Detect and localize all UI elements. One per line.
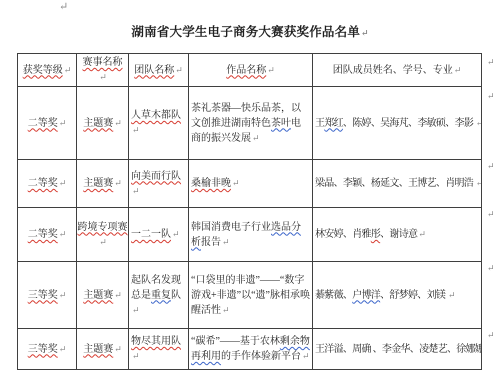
cell-text: 桑榆非晚 xyxy=(191,178,231,189)
cell-text: 彤 xyxy=(371,229,380,240)
cell-text: 的手作体验新平台 xyxy=(221,351,301,362)
end-of-cell-mark: ↵ xyxy=(448,290,456,300)
cell-text: 二等奖 xyxy=(28,118,58,129)
end-of-cell-mark: ↵ xyxy=(132,305,140,315)
end-of-cell-mark: ↵ xyxy=(476,178,482,188)
cell-text: 韩国消费电子行业 xyxy=(191,222,271,233)
end-of-cell-mark: ↵ xyxy=(64,65,72,75)
cell-work: 茶礼茶器—快乐品茶，以文创推进湖南特色茶叶电商的振兴发展↵ xyxy=(189,87,313,160)
end-of-cell-mark: ↵ xyxy=(418,229,426,239)
table-row: 三等奖↵主题赛↵物尽其用队↵“碳希”——基于农林剩余物再利用的手作体验新平台↵王… xyxy=(18,329,482,370)
end-of-cell-mark: ↵ xyxy=(99,72,107,82)
table-row: 二等奖↵跨境专项赛↵一二一队↵韩国消费电子行业选品分析报告↵林安婷、肖雅彤、谢诗… xyxy=(18,208,482,262)
cell-event: 主题赛↵ xyxy=(77,262,129,329)
end-of-row-mark: ↵ xyxy=(487,91,495,102)
end-of-cell-mark: ↵ xyxy=(114,344,122,354)
cell-text: 一二一队 xyxy=(131,229,171,240)
cell-text: 梁晶、李颖、杨延文、王博艺、肖明浩 xyxy=(315,178,475,189)
cell-text: 获奖等级 xyxy=(23,65,63,76)
cell-text: 作品名称 xyxy=(226,65,266,76)
cell-team: 向美而行队↵ xyxy=(129,160,189,208)
cell-text: “口袋里的非遗”——“数字游戏+非遗”以“遗”脉相承唤醒活性 xyxy=(191,275,310,316)
column-header: 作品名称↵ xyxy=(189,54,313,87)
cell-team: 一二一队↵ xyxy=(129,208,189,262)
end-of-cell-mark: ↵ xyxy=(172,229,180,239)
end-of-cell-mark: ↵ xyxy=(59,118,67,128)
cell-text: 重复 xyxy=(151,290,171,301)
end-of-cell-mark: ↵ xyxy=(476,118,482,128)
awards-table: 获奖等级↵赛事名称↵团队名称↵作品名称↵团队成员姓名、学号、专业↵ 二等奖↵主题… xyxy=(17,53,482,370)
end-of-cell-mark: ↵ xyxy=(302,351,310,361)
page-title-text: 湖南省大学生电子商务大赛获奖作品名单 xyxy=(131,25,360,39)
cell-text: 王 xyxy=(315,118,324,129)
end-of-cell-mark: ↵ xyxy=(114,118,122,128)
document-page: ↵ 湖南省大学生电子商务大赛获奖作品名单↵ 获奖等级↵赛事名称↵团队名称↵作品名… xyxy=(0,0,500,375)
cell-members: 梁晶、李颖、杨延文、王博艺、肖明浩 ↵ xyxy=(313,160,482,208)
cell-text: 郑红 xyxy=(324,118,343,129)
end-of-row-mark: ↵ xyxy=(487,330,495,341)
column-header: 赛事名称↵ xyxy=(77,54,129,87)
title-end-mark: ↵ xyxy=(361,28,369,38)
cell-members: 林安婷、肖雅彤、谢诗意↵ xyxy=(313,208,482,262)
cell-text: 三等奖 xyxy=(28,290,58,301)
paragraph-mark: ↵ xyxy=(59,0,68,13)
header-row: 获奖等级↵赛事名称↵团队名称↵作品名称↵团队成员姓名、学号、专业↵ xyxy=(18,54,482,87)
cell-event: 跨境专项赛↵ xyxy=(77,208,129,262)
end-of-cell-mark: ↵ xyxy=(222,305,230,315)
cell-text: 、陈婷、吴海芃、李敏硕、李影 xyxy=(343,118,475,129)
cell-text: 赛事名称 xyxy=(83,57,123,68)
cell-text: 主题赛 xyxy=(83,344,113,355)
cell-award: 三等奖↵ xyxy=(18,329,77,370)
end-of-row-mark: ↵ xyxy=(487,161,495,172)
cell-work: 桑榆非晚↵ xyxy=(189,160,313,208)
cell-event: 主题赛↵ xyxy=(77,160,129,208)
end-of-cell-mark: ↵ xyxy=(99,237,107,247)
cell-text: 团队成员姓名、学号、专业 xyxy=(333,65,453,76)
end-of-row-mark: ↵ xyxy=(487,57,495,68)
cell-text: 、舒梦婷、刘镁 xyxy=(380,290,447,301)
table-row: 二等奖↵主题赛↵人草木都队↵茶礼茶器—快乐品茶，以文创推进湖南特色茶叶电商的振兴… xyxy=(18,87,482,160)
cell-award: 三等奖↵ xyxy=(18,262,77,329)
cell-award: 二等奖↵ xyxy=(18,160,77,208)
cell-team: 起队名发现总是重复队↵ xyxy=(129,262,189,329)
end-of-cell-mark: ↵ xyxy=(132,351,140,361)
cell-text: 綦紫薇、 xyxy=(315,290,352,301)
cell-text: 二等奖 xyxy=(28,178,58,189)
end-of-cell-mark: ↵ xyxy=(59,178,67,188)
cell-text: 三等奖 xyxy=(28,344,58,355)
end-of-cell-mark: ↵ xyxy=(132,125,140,135)
cell-text: 、谢诗意 xyxy=(380,229,417,240)
end-of-row-mark: ↵ xyxy=(487,209,495,220)
end-of-cell-mark: ↵ xyxy=(59,344,67,354)
cell-team: 人草木都队↵ xyxy=(129,87,189,160)
cell-text: 林安婷、肖雅 xyxy=(315,229,371,240)
cell-text: 跨境专项赛 xyxy=(78,222,128,233)
cell-members: 王郑红、陈婷、吴海芃、李敏硕、李影 ↵ xyxy=(313,87,482,160)
table-row: 二等奖↵主题赛↵向美而行队↵桑榆非晚↵梁晶、李颖、杨延文、王博艺、肖明浩 ↵ xyxy=(18,160,482,208)
column-header: 获奖等级↵ xyxy=(18,54,77,87)
cell-event: 主题赛↵ xyxy=(77,87,129,160)
cell-text: 报告 xyxy=(201,237,221,248)
cell-text: 户博洋 xyxy=(352,290,380,301)
end-of-cell-mark: ↵ xyxy=(114,290,122,300)
cell-text: 二等奖 xyxy=(28,229,58,240)
cell-work: “碳希”——基于农林剩余物再利用的手作体验新平台↵ xyxy=(189,329,313,370)
cell-text: 主题赛 xyxy=(83,290,113,301)
cell-text: 茶叶 xyxy=(271,118,291,129)
cell-text: 向美而行队 xyxy=(131,171,181,182)
page-title: 湖南省大学生电子商务大赛获奖作品名单↵ xyxy=(0,22,500,40)
end-of-cell-mark: ↵ xyxy=(114,178,122,188)
end-of-cell-mark: ↵ xyxy=(232,178,240,188)
cell-team: 物尽其用队↵ xyxy=(129,329,189,370)
cell-text: 物尽其用队 xyxy=(131,336,181,347)
cell-text: 王洋溢、周确 、李金华、凌楚艺、徐娜娜 xyxy=(315,344,482,355)
end-of-cell-mark: ↵ xyxy=(222,237,230,247)
end-of-cell-mark: ↵ xyxy=(175,65,183,75)
table-row: 三等奖↵主题赛↵起队名发现总是重复队↵“口袋里的非遗”——“数字游戏+非遗”以“… xyxy=(18,262,482,329)
cell-text: 主题赛 xyxy=(83,178,113,189)
end-of-cell-mark: ↵ xyxy=(267,65,275,75)
end-of-cell-mark: ↵ xyxy=(59,290,67,300)
end-of-cell-mark: ↵ xyxy=(252,133,260,143)
cell-text: 团队名称 xyxy=(134,65,174,76)
cell-text: 人草木都队 xyxy=(131,110,181,121)
cell-text: 队 xyxy=(171,290,181,301)
end-of-row-mark: ↵ xyxy=(487,263,495,274)
cell-text: “碳希”——基于农林 xyxy=(191,336,280,347)
cell-members: 王洋溢、周确 、李金华、凌楚艺、徐娜娜↵ xyxy=(313,329,482,370)
end-of-cell-mark: ↵ xyxy=(59,229,67,239)
cell-members: 綦紫薇、户博洋、舒梦婷、刘镁 ↵ xyxy=(313,262,482,329)
column-header: 团队名称↵ xyxy=(129,54,189,87)
end-of-cell-mark: ↵ xyxy=(454,65,462,75)
cell-award: 二等奖↵ xyxy=(18,208,77,262)
cell-text: 主题赛 xyxy=(83,118,113,129)
cell-work: 韩国消费电子行业选品分析报告↵ xyxy=(189,208,313,262)
cell-work: “口袋里的非遗”——“数字游戏+非遗”以“遗”脉相承唤醒活性↵ xyxy=(189,262,313,329)
cell-event: 主题赛↵ xyxy=(77,329,129,370)
column-header: 团队成员姓名、学号、专业↵ xyxy=(313,54,482,87)
cell-award: 二等奖↵ xyxy=(18,87,77,160)
end-of-cell-mark: ↵ xyxy=(132,186,140,196)
